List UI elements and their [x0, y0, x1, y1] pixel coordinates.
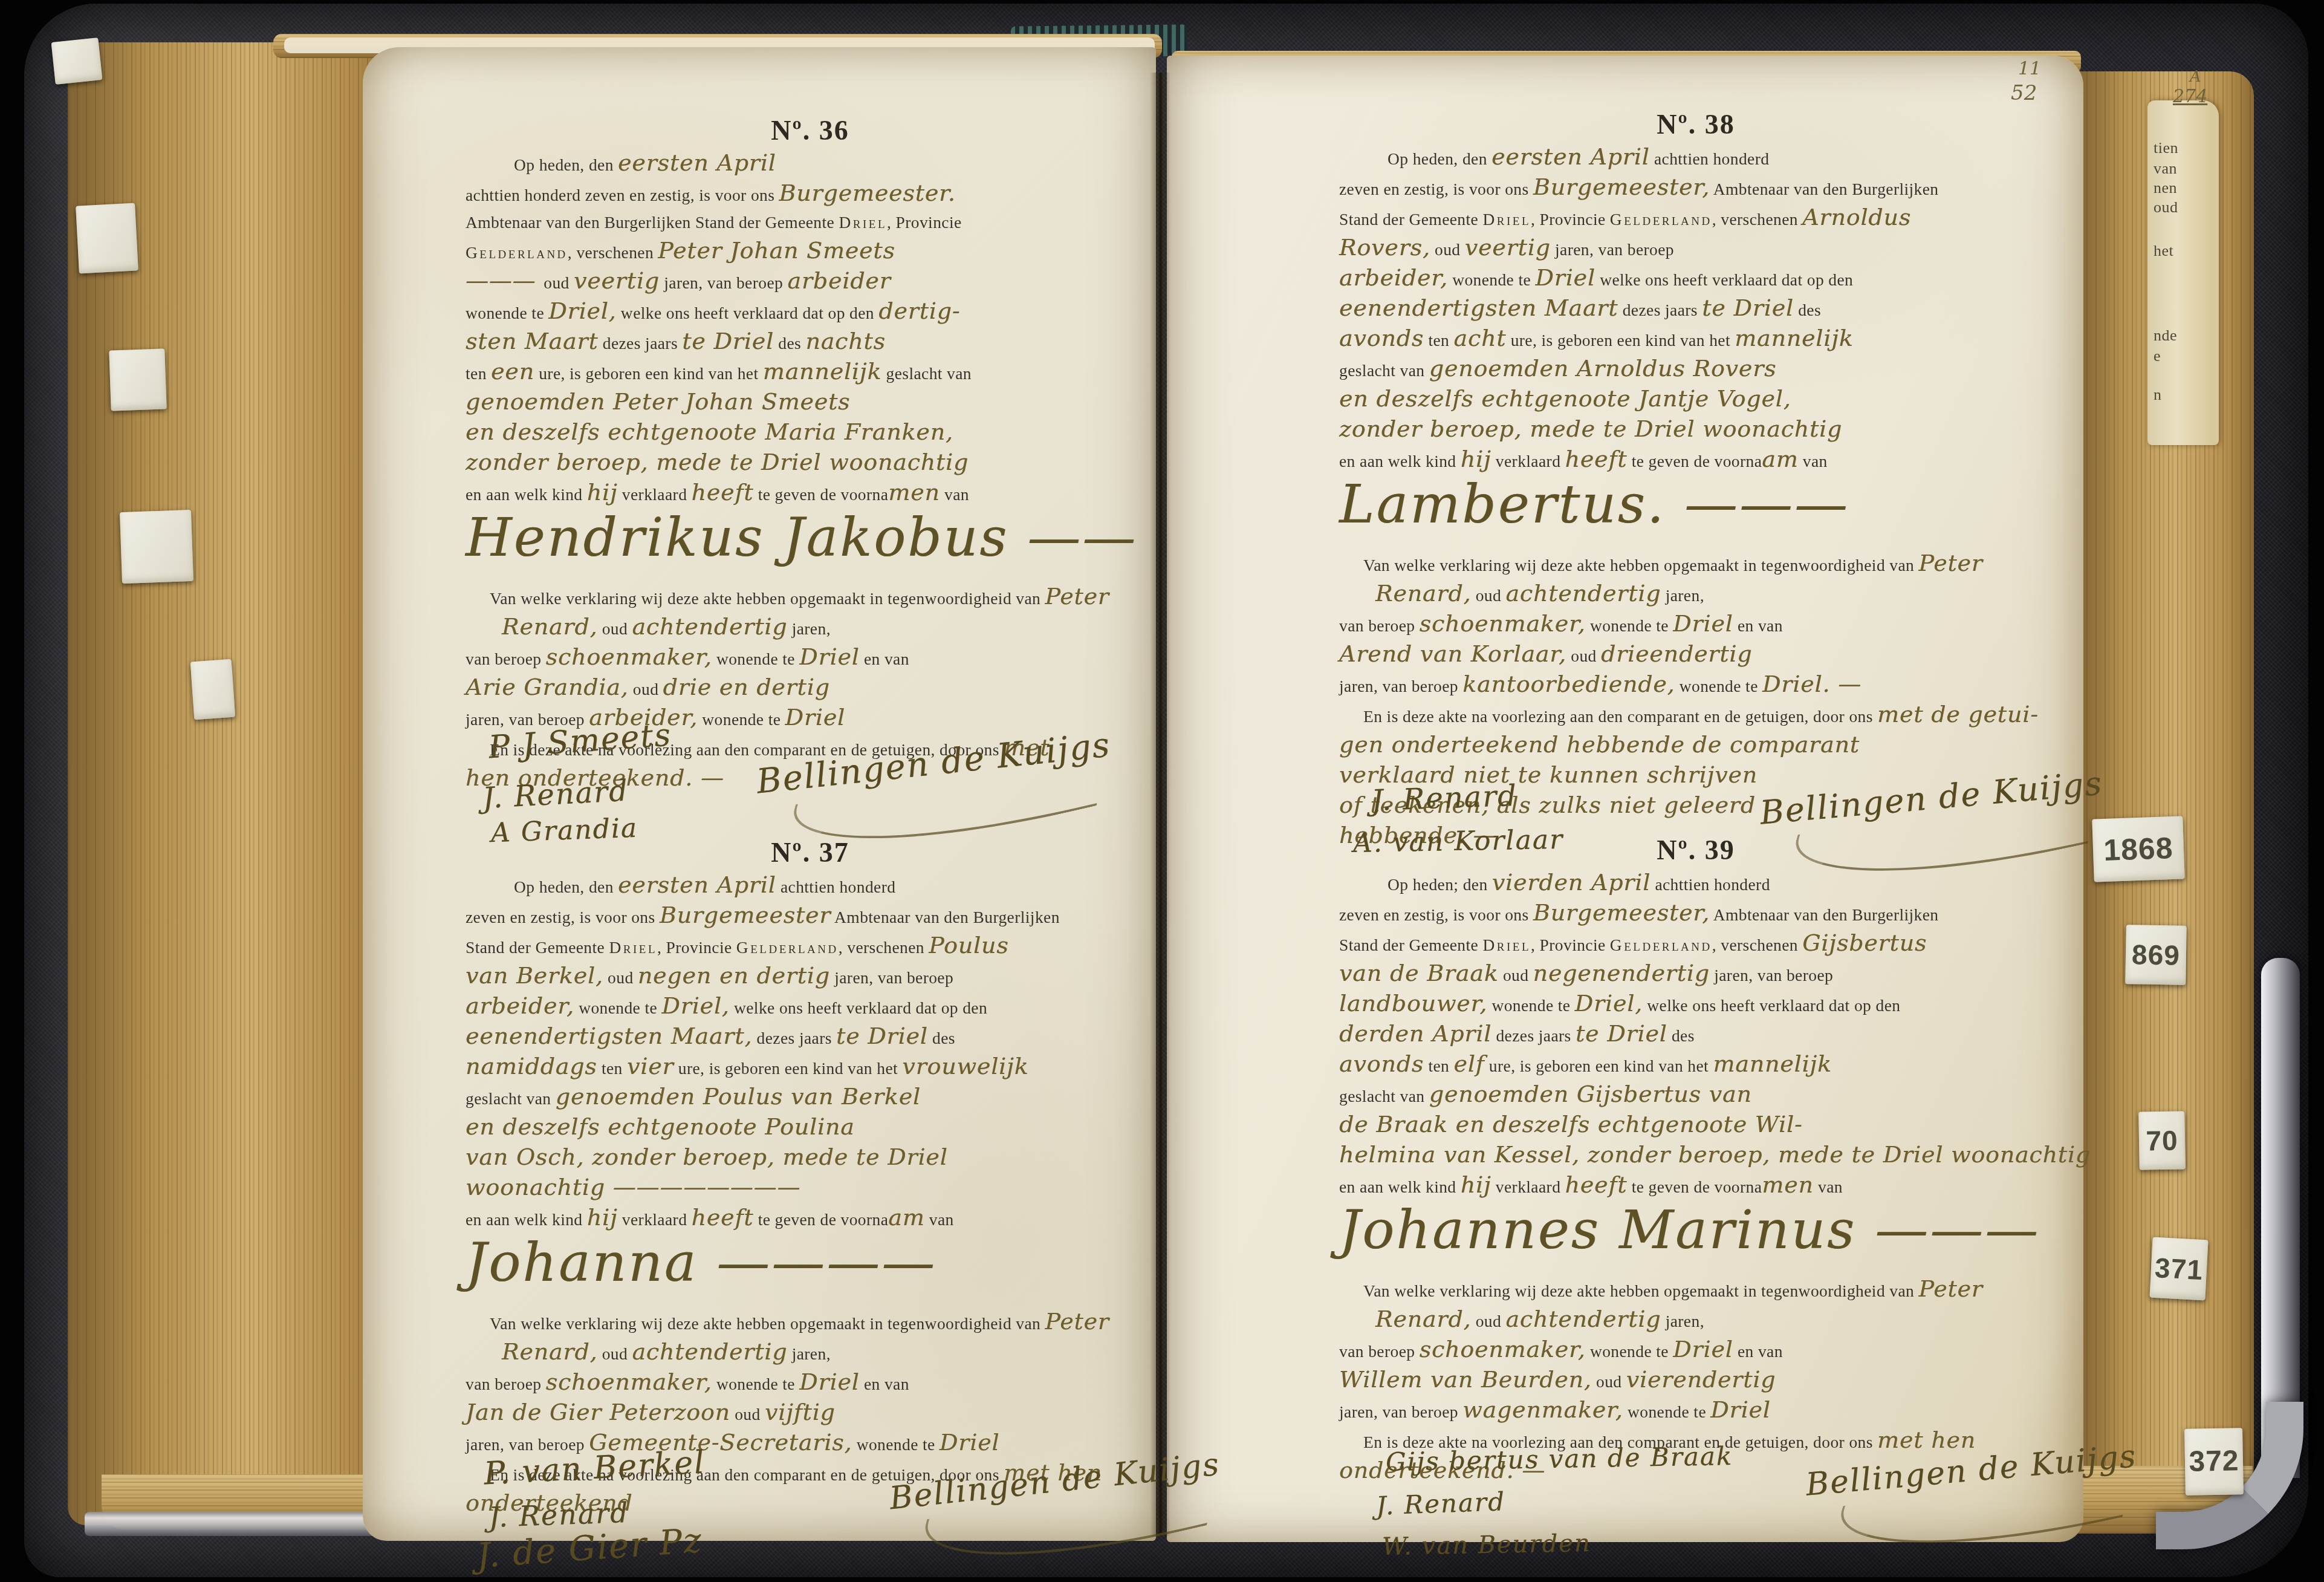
act-line: gen onderteekend hebbende de comparant	[1339, 733, 2053, 763]
printed-text: Ambtenaar van den Burgerlijken	[831, 908, 1059, 926]
handwritten-text: eenendertigsten Maart,	[466, 1023, 752, 1049]
printed-text: wonende te	[574, 998, 662, 1017]
printed-text: , Provincie	[1531, 936, 1610, 954]
printed-text: jaren, van beroep	[660, 273, 787, 292]
act-line: Renard, oud achtendertig jaren,	[466, 615, 1155, 645]
printed-text: des	[928, 1029, 955, 1047]
handwritten-text: Poulus	[929, 932, 1008, 959]
printed-text: Ambtenaar van den Burgerlijken	[1710, 905, 1938, 924]
handwritten-text: am	[888, 1204, 924, 1231]
printed-text: en van	[860, 649, 909, 668]
printed-text: wonende te	[712, 1375, 800, 1393]
handwritten-text: met hen	[1877, 1427, 1976, 1453]
bookmark-tab-blank	[76, 203, 138, 274]
printed-text: Van welke verklaring wij deze akte hebbe…	[1363, 1281, 1918, 1300]
bookmark-tab-blank	[109, 348, 166, 411]
printed-text: van	[925, 1210, 954, 1229]
year-tab-label: 372	[2184, 1428, 2244, 1496]
printed-text: van beroep	[466, 649, 546, 668]
edge-text-fragment: het	[2154, 243, 2173, 259]
printed-text: te geven de voorna	[1627, 1177, 1762, 1196]
handwritten-text: Burgemeester.	[779, 180, 956, 206]
act-line: Stand der Gemeente Driel, Provincie Geld…	[1339, 931, 2053, 962]
child-name-line: Johanna ————	[466, 1236, 1155, 1310]
year-tab-1869: 869	[2125, 925, 2187, 985]
printed-text: Op heden, den	[1388, 149, 1491, 168]
year-tab-1870: 70	[2138, 1111, 2186, 1170]
act-number: Nº. 36	[466, 114, 1155, 151]
printed-text: oud	[597, 619, 632, 638]
witness-signature: J. Renard	[1375, 1486, 1505, 1520]
act-line: Arend van Korlaar, oud drieendertig	[1339, 642, 2053, 672]
act-line: Renard, oud achtendertig jaren,	[1339, 582, 2053, 612]
act-line: Van welke verklaring wij deze akte hebbe…	[466, 1310, 1155, 1340]
printed-text: en aan welk kind	[1339, 452, 1461, 470]
handwritten-text: te Driel	[1702, 295, 1794, 321]
printed-text: verklaard	[1491, 1177, 1565, 1196]
printed-text: oud	[1592, 1372, 1626, 1391]
edge-text-fragment: nen	[2154, 180, 2177, 196]
act-line: eenendertigsten Maart, dezes jaars te Dr…	[466, 1024, 1155, 1055]
printed-text: oud	[1471, 586, 1505, 605]
act-line: En is deze akte na voorlezing aan den co…	[1339, 703, 2053, 733]
printed-text: van	[1814, 1177, 1843, 1196]
printed-text: wonende te	[1623, 1402, 1711, 1421]
act-line: avonds ten acht ure, is geboren een kind…	[1339, 327, 2053, 357]
handwritten-text: Renard,	[1375, 580, 1471, 607]
next-page-sliver: tien van nen oud het nde e n	[2147, 100, 2219, 445]
handwritten-text: nachts	[805, 328, 885, 354]
printed-text: wonende te	[466, 304, 548, 322]
printed-text: welke ons heeft verklaard dat op den	[730, 998, 987, 1017]
act-line: zeven en zestig, is voor ons Burgemeeste…	[1339, 901, 2053, 931]
printed-text: ten	[1424, 1056, 1453, 1075]
printed-text: van	[1799, 452, 1828, 470]
printed-text: jaren,	[787, 619, 831, 638]
handwritten-text: Driel	[1710, 1396, 1770, 1423]
handwritten-text: avonds	[1339, 1050, 1424, 1077]
act-line: Op heden; den vierden April achttien hon…	[1339, 871, 2053, 901]
printed-text: en aan welk kind	[466, 485, 587, 504]
printed-text: verklaard	[1491, 452, 1565, 470]
edge-text-fragment: nde	[2154, 328, 2177, 343]
printed-text: achttien honderd	[776, 877, 896, 896]
handwritten-text: te Driel	[1576, 1020, 1667, 1047]
printed-text: zeven en zestig, is voor ons	[466, 908, 660, 926]
handwritten-text: mannelijk	[1713, 1050, 1831, 1077]
handwritten-text: Driel. —	[1762, 671, 1861, 697]
printed-text: Op heden, den	[514, 155, 618, 174]
year-tab-label: 371	[2149, 1237, 2208, 1301]
printed-text: Driel	[839, 213, 887, 232]
handwritten-text: veertig	[1465, 234, 1551, 261]
printed-text: achttien honderd	[1650, 875, 1770, 894]
handwritten-text: elf	[1453, 1050, 1484, 1077]
handwritten-text: helmina van Kessel, zonder beroep, mede …	[1339, 1141, 2091, 1168]
printed-text: En is deze akte na voorlezing aan den co…	[1363, 707, 1877, 726]
handwritten-text: vijftig	[765, 1399, 836, 1425]
printed-text: ure, is geboren een kind van het	[534, 364, 763, 383]
handwritten-text: Gijsbertus	[1802, 929, 1927, 956]
handwritten-text: en deszelfs echtgenoote Jantje Vogel,	[1339, 385, 1791, 412]
act-line: zeven en zestig, is voor ons Burgemeeste…	[466, 903, 1155, 934]
act-line: Stand der Gemeente Driel, Provincie Geld…	[466, 934, 1155, 964]
handwritten-text: dertig-	[878, 298, 960, 324]
printed-text: zeven en zestig, is voor ons	[1339, 905, 1533, 924]
handwritten-text: schoenmaker,	[546, 643, 712, 670]
scanned-register-photo: 1868 869 70 371 372 tien van nen oud het…	[0, 0, 2324, 1582]
printed-text: verklaard	[618, 485, 692, 504]
printed-text: zeven en zestig, is voor ons	[1339, 180, 1533, 198]
year-tab-1868: 1868	[2092, 816, 2185, 882]
act-line: zonder beroep, mede te Driel woonachtig	[466, 451, 1155, 481]
year-tab-label: 1868	[2092, 816, 2185, 882]
next-page-corner-letter: A	[2190, 68, 2201, 86]
handwritten-text: Johannes Marinus ———	[1339, 1199, 2040, 1261]
handwritten-text: achtendertig	[1505, 1306, 1661, 1332]
act-line: van beroep schoenmaker, wonende te Driel…	[1339, 612, 2053, 642]
act-line: arbeider, wonende te Driel, welke ons he…	[466, 994, 1155, 1024]
handwritten-text: Arnoldus	[1802, 204, 1911, 230]
bookmark-tab-blank	[51, 37, 103, 85]
printed-text: wonende te	[852, 1435, 940, 1454]
act-line: Renard, oud achtendertig jaren,	[1339, 1307, 2053, 1338]
printed-text: geslacht van	[1339, 361, 1429, 380]
printed-text: Gelderland	[1610, 936, 1712, 954]
printed-text: geslacht van	[466, 1089, 556, 1108]
handwritten-text: en deszelfs echtgenoote Maria Franken,	[466, 418, 953, 445]
printed-text: welke ons heeft verklaard dat op den	[1643, 996, 1900, 1015]
printed-text: , verschenen	[1712, 936, 1803, 954]
handwritten-text: Jan de Gier Peterzoon	[466, 1399, 730, 1425]
year-tab-1871: 371	[2149, 1237, 2208, 1301]
printed-text: welke ons heeft verklaard dat op den	[1595, 270, 1853, 289]
bookmark-tab-blank	[120, 510, 193, 584]
handwritten-text: heeft	[692, 479, 754, 506]
printed-text: Ambtenaar van den Burgerlijken	[1710, 180, 1938, 198]
handwritten-text: hij	[587, 479, 618, 506]
act-line: en deszelfs echtgenoote Jantje Vogel,	[1339, 387, 2053, 417]
printed-text: van beroep	[1339, 1342, 1420, 1361]
witness-signature: W. van Beurden	[1382, 1529, 1591, 1561]
handwritten-text: mannelijk	[763, 358, 881, 385]
printed-text: jaren, van beroep	[1339, 1402, 1462, 1421]
printed-text: wonende te	[1448, 270, 1536, 289]
act-line: Jan de Gier Peterzoon oud vijftig	[466, 1401, 1155, 1431]
handwritten-text: namiddags	[466, 1053, 597, 1079]
handwritten-text: een	[491, 358, 534, 385]
handwritten-text: Peter	[1918, 1275, 1982, 1302]
year-tab-1872: 372	[2184, 1428, 2244, 1496]
handwritten-text: Driel,	[548, 298, 616, 324]
act-line: van beroep schoenmaker, wonende te Driel…	[466, 1370, 1155, 1401]
act-line: zeven en zestig, is voor ons Burgemeeste…	[1339, 175, 2053, 206]
printed-text: ure, is geboren een kind van het	[674, 1059, 903, 1078]
handwritten-text: am	[1762, 446, 1798, 472]
edge-text-fragment: n	[2154, 387, 2162, 403]
printed-text: wonende te	[712, 649, 800, 668]
printed-text: Op heden; den	[1388, 875, 1492, 894]
printed-text: , verschenen	[568, 243, 658, 262]
printed-text: ure, is geboren een kind van het	[1506, 331, 1735, 350]
printed-text: Stand der Gemeente	[1339, 936, 1482, 954]
act-number: Nº. 38	[1339, 108, 2053, 145]
printed-text: wonende te	[1586, 1342, 1673, 1361]
printed-text: jaren, van beroep	[830, 968, 953, 987]
handwritten-text: men	[1762, 1171, 1813, 1198]
handwritten-text: drie en dertig	[663, 674, 830, 700]
edge-text-fragment: oud	[2154, 200, 2178, 215]
child-name-line: Lambertus. ———	[1339, 478, 2053, 552]
printed-text: oud	[1499, 966, 1533, 985]
bookmark-tab-blank	[190, 659, 236, 720]
handwritten-text: schoenmaker,	[546, 1369, 712, 1395]
printed-text: wonende te	[1675, 677, 1762, 695]
handwritten-text: woonachtig ————————	[466, 1174, 800, 1200]
printed-text: Stand der Gemeente	[1339, 210, 1482, 229]
printed-text: oud	[603, 968, 638, 987]
act-line: sten Maart dezes jaars te Driel des nach…	[466, 330, 1155, 360]
handwritten-text: kantoorbediende,	[1462, 671, 1675, 697]
printed-text: oud	[1471, 1312, 1505, 1330]
act-line: helmina van Kessel, zonder beroep, mede …	[1339, 1143, 2053, 1173]
printed-text: en aan welk kind	[466, 1210, 587, 1229]
printed-text: van	[940, 485, 969, 504]
printed-text: ure, is geboren een kind van het	[1485, 1056, 1713, 1075]
handwritten-text: Driel	[1673, 1336, 1733, 1362]
printed-text: ten	[597, 1059, 627, 1078]
printed-text: Gelderland	[1610, 210, 1712, 229]
handwritten-text: te Driel	[682, 328, 774, 354]
witness-signature: A. van Korlaar	[1353, 824, 1564, 859]
printed-text: dezes jaars	[1618, 301, 1702, 319]
handwritten-text: Arie Grandia,	[466, 674, 629, 700]
handwritten-text: heeft	[1565, 446, 1628, 472]
printed-text: te geven de voorna	[753, 1210, 888, 1229]
printed-text: ten	[466, 364, 491, 383]
printed-text: wonende te	[1487, 996, 1575, 1015]
act-line: van Osch, zonder beroep, mede te Driel	[466, 1145, 1155, 1176]
handwritten-text: Driel	[1673, 610, 1733, 637]
handwritten-text: van de Braak	[1339, 960, 1499, 986]
printed-text: Driel	[1482, 936, 1531, 954]
handwritten-text: men	[888, 479, 940, 506]
handwritten-text: arbeider,	[466, 992, 574, 1019]
act-line: van Berkel, oud negen en dertig jaren, v…	[466, 964, 1155, 994]
act-line: geslacht van genoemden Arnoldus Rovers	[1339, 357, 2053, 387]
handwritten-text: achtendertig	[632, 613, 787, 640]
next-page-corner-number: 274	[2173, 86, 2207, 107]
printed-text: dezes jaars	[598, 334, 682, 353]
handwritten-text: Rovers,	[1339, 234, 1430, 261]
printed-text: en van	[860, 1375, 909, 1393]
metal-corner-bar	[2261, 958, 2300, 1478]
birth-act-38: Nº. 38Op heden, den eersten April achtti…	[1339, 108, 2053, 854]
child-name-line: Johannes Marinus ———	[1339, 1203, 2053, 1277]
act-line: Op heden, den eersten April achttien hon…	[1339, 145, 2053, 175]
printed-text: geslacht van	[881, 364, 972, 383]
handwritten-text: vrouwelijk	[902, 1053, 1028, 1079]
year-tab-label: 869	[2125, 925, 2187, 985]
handwritten-text: negenendertig	[1533, 960, 1710, 986]
printed-text: Driel	[609, 938, 657, 957]
printed-text: des	[1794, 301, 1821, 319]
printed-text: jaren,	[1661, 1312, 1704, 1330]
handwritten-text: Driel	[785, 704, 845, 731]
handwritten-text: arbeider	[787, 267, 891, 294]
handwritten-text: Burgemeester	[660, 902, 831, 928]
handwritten-text: zonder beroep, mede te Driel woonachtig	[466, 449, 969, 475]
printed-text: en van	[1733, 1342, 1783, 1361]
act-line: wonende te Driel, welke ons heeft verkla…	[466, 299, 1155, 330]
handwritten-text: Arend van Korlaar,	[1339, 640, 1566, 667]
act-line: Renard, oud achtendertig jaren,	[466, 1340, 1155, 1370]
handwritten-text: eersten April	[618, 149, 776, 176]
handwritten-text: Peter Johan Smeets	[658, 237, 895, 264]
act-line: Van welke verklaring wij deze akte hebbe…	[1339, 1277, 2053, 1307]
printed-text: , verschenen	[839, 938, 929, 957]
handwritten-text: avonds	[1339, 325, 1424, 351]
handwritten-text: eersten April	[1491, 143, 1650, 170]
printed-text: oud	[1566, 646, 1601, 665]
act-line: de Braak en deszelfs echtgenoote Wil-	[1339, 1113, 2053, 1143]
act-line: van beroep schoenmaker, wonende te Driel…	[466, 645, 1155, 675]
handwritten-text: Driel,	[661, 992, 729, 1019]
printed-text: ten	[1424, 331, 1453, 350]
handwritten-text: vier	[627, 1053, 674, 1079]
handwritten-text: genoemden Poulus van Berkel	[556, 1083, 921, 1110]
act-line: Van welke verklaring wij deze akte hebbe…	[466, 585, 1155, 615]
handwritten-text: de Braak en deszelfs echtgenoote Wil-	[1339, 1111, 1803, 1138]
act-line: achttien honderd zeven en zestig, is voo…	[466, 181, 1155, 212]
folio-number-bottom: 52	[2011, 81, 2037, 105]
witness-signature: A Grandia	[490, 813, 638, 848]
birth-act-36: Nº. 36Op heden, den eersten Aprilachttie…	[466, 114, 1155, 796]
handwritten-text: achtendertig	[1505, 580, 1661, 607]
act-line: en deszelfs echtgenoote Poulina	[466, 1115, 1155, 1145]
handwritten-text: Johanna ————	[466, 1231, 936, 1294]
printed-text: des	[774, 334, 805, 353]
printed-text: jaren, van beroep	[1551, 240, 1674, 259]
printed-text: te geven de voorna	[753, 485, 888, 504]
act-line: jaren, van beroep kantoorbediende, wonen…	[1339, 672, 2053, 703]
act-line: avonds ten elf ure, is geboren een kind …	[1339, 1052, 2053, 1082]
act-line: geslacht van genoemden Poulus van Berkel	[466, 1085, 1155, 1115]
handwritten-text: genoemden Peter Johan Smeets	[466, 388, 850, 415]
printed-text: wonende te	[1586, 616, 1673, 635]
act-line: Willem van Beurden, oud vierendertig	[1339, 1368, 2053, 1398]
act-line: en deszelfs echtgenoote Maria Franken,	[466, 420, 1155, 451]
handwritten-text: zonder beroep, mede te Driel woonachtig	[1339, 415, 1842, 442]
handwritten-text: Renard,	[502, 1338, 597, 1365]
handwritten-text: Lambertus. ———	[1339, 473, 1849, 535]
handwritten-text: negen en dertig	[638, 962, 830, 989]
handwritten-text: vierden April	[1492, 869, 1650, 896]
printed-text: , Provincie	[657, 938, 736, 957]
handwritten-text: Renard,	[1375, 1306, 1471, 1332]
handwritten-text: drieendertig	[1601, 640, 1752, 667]
handwritten-text: Burgemeester,	[1533, 174, 1710, 200]
printed-text: van beroep	[466, 1375, 546, 1393]
printed-text: Stand der Gemeente	[466, 938, 609, 957]
child-name-line: Hendrikus Jakobus ——	[466, 511, 1155, 585]
printed-text: oud	[629, 680, 663, 698]
handwritten-text: landbouwer,	[1339, 990, 1487, 1017]
act-line: Ambtenaar van den Burgerlijken Stand der…	[466, 212, 1155, 239]
handwritten-text: met de getui-	[1877, 701, 2039, 728]
handwritten-text: veertig	[574, 267, 660, 294]
printed-text: en aan welk kind	[1339, 1177, 1461, 1196]
handwritten-text: schoenmaker,	[1420, 610, 1586, 637]
handwritten-text: genoemden Gijsbertus van	[1429, 1081, 1752, 1107]
folio-number-top: 11	[2018, 58, 2041, 79]
handwritten-text: en deszelfs echtgenoote Poulina	[466, 1113, 855, 1140]
handwritten-text: Driel,	[1575, 990, 1643, 1017]
handwritten-text: sten Maart	[466, 328, 598, 354]
act-line: landbouwer, wonende te Driel, welke ons …	[1339, 992, 2053, 1022]
act-line: zonder beroep, mede te Driel woonachtig	[1339, 417, 2053, 448]
printed-text: oud	[544, 273, 574, 292]
act-line: genoemden Peter Johan Smeets	[466, 390, 1155, 420]
printed-text: Van welke verklaring wij deze akte hebbe…	[490, 589, 1045, 608]
printed-text: jaren,	[1661, 586, 1704, 605]
edge-text-fragment: tien	[2154, 140, 2178, 156]
printed-text: Op heden, den	[514, 877, 618, 896]
handwritten-text: schoenmaker,	[1420, 1336, 1586, 1362]
handwritten-text: Driel	[799, 643, 859, 670]
printed-text: te geven de voorna	[1627, 452, 1762, 470]
printed-text: achttien honderd	[1650, 149, 1770, 168]
handwritten-text: gen onderteekend hebbende de comparant	[1339, 731, 1860, 758]
handwritten-text: heeft	[1565, 1171, 1628, 1198]
handwritten-text: vierendertig	[1626, 1366, 1776, 1393]
handwritten-text: van Berkel,	[466, 962, 603, 989]
act-line: Op heden, den eersten April achttien hon…	[466, 873, 1155, 903]
edge-text-fragment: van	[2154, 161, 2177, 177]
act-line: Arie Grandia, oud drie en dertig	[466, 675, 1155, 706]
printed-text: achttien honderd zeven en zestig, is voo…	[466, 186, 779, 204]
edge-text-fragment: e	[2154, 348, 2161, 364]
printed-text: Van welke verklaring wij deze akte hebbe…	[1363, 556, 1918, 575]
handwritten-text: wagenmaker,	[1462, 1396, 1623, 1423]
handwritten-text: Driel	[799, 1369, 859, 1395]
act-line: Stand der Gemeente Driel, Provincie Geld…	[1339, 206, 2053, 236]
act-line: ten een ure, is geboren een kind van het…	[466, 360, 1155, 390]
handwritten-text: Willem van Beurden,	[1339, 1366, 1592, 1393]
handwritten-text: genoemden Arnoldus Rovers	[1429, 355, 1777, 382]
birth-act-39: Nº. 39Op heden; den vierden April achtti…	[1339, 833, 2053, 1489]
year-tab-label: 70	[2138, 1111, 2186, 1170]
act-line: namiddags ten vier ure, is geboren een k…	[466, 1055, 1155, 1085]
handwritten-text: achtendertig	[632, 1338, 787, 1365]
printed-text: Gelderland	[466, 243, 568, 262]
act-line: arbeider, wonende te Driel welke ons hee…	[1339, 266, 2053, 296]
handwritten-text: derden April	[1339, 1020, 1491, 1047]
printed-text: dezes jaars	[752, 1029, 836, 1047]
witness-signature: J. Renard	[1371, 779, 1518, 818]
printed-text: Van welke verklaring wij deze akte hebbe…	[490, 1314, 1045, 1333]
act-line: van de Braak oud negenendertig jaren, va…	[1339, 962, 2053, 992]
act-line: Op heden, den eersten April	[466, 151, 1155, 181]
printed-text: wonende te	[698, 710, 785, 729]
handwritten-text: Burgemeester,	[1533, 899, 1710, 926]
printed-text: , verschenen	[1712, 210, 1803, 229]
witness-signature: Gijs bertus van de Braak	[1386, 1441, 1733, 1477]
act-line: van beroep schoenmaker, wonende te Driel…	[1339, 1338, 2053, 1368]
handwritten-text: mannelijk	[1735, 325, 1853, 351]
act-line: woonachtig ————————	[466, 1176, 1155, 1206]
handwritten-text: Driel	[1535, 264, 1595, 291]
